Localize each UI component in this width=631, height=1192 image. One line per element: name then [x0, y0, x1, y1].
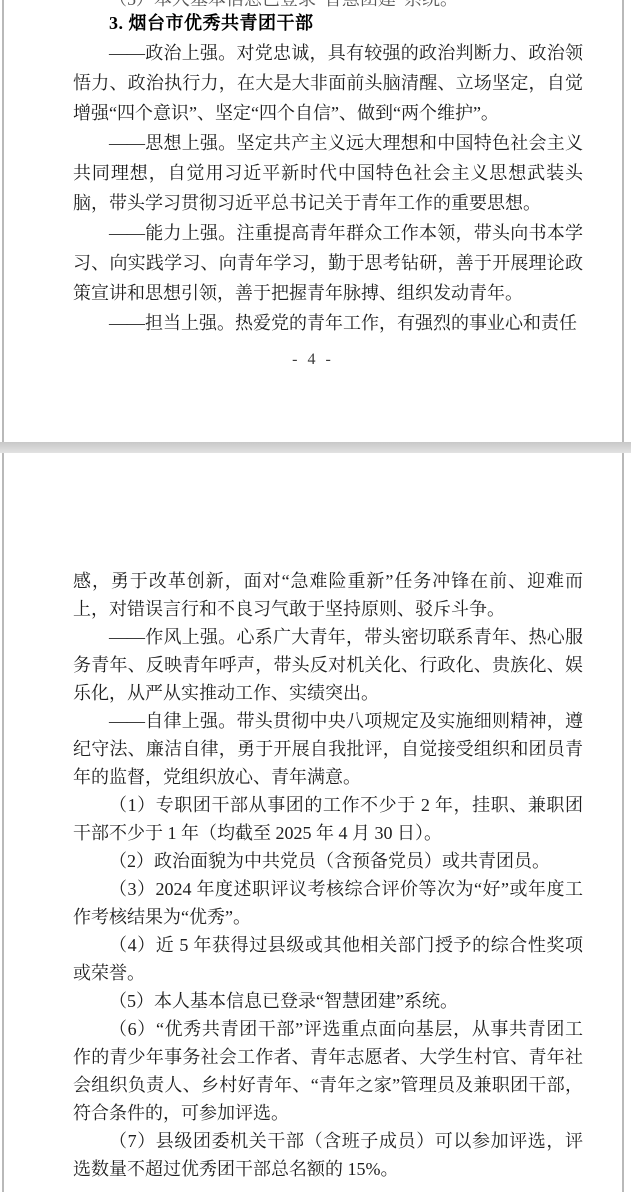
- paragraph: 感，勇于改革创新，面对“急难险重新”任务冲锋在前、迎难而上，对错误言行和不良习气…: [73, 567, 583, 623]
- paragraph: （6）“优秀共青团干部”评选重点面向基层，从事共青团工作的青少年事务社会工作者、…: [73, 1015, 583, 1127]
- paragraph: ——政治上强。对党忠诚，具有较强的政治判断力、政治领悟力、政治执行力，在大是大非…: [73, 38, 583, 128]
- page-right-border: [622, 0, 624, 1192]
- document-page-5: 感，勇于改革创新，面对“急难险重新”任务冲锋在前、迎难而上，对错误言行和不良习气…: [4, 453, 622, 1192]
- section-heading: 3. 烟台市优秀共青团干部: [73, 8, 583, 38]
- page-number: - 4 -: [4, 349, 622, 371]
- paragraph: （5）本人基本信息已登录“智慧团建”系统。: [73, 987, 583, 1015]
- paragraph: ——自律上强。带头贯彻中央八项规定及实施细则精神，遵纪守法、廉洁自律，勇于开展自…: [73, 707, 583, 791]
- paragraph: ——作风上强。心系广大青年，带头密切联系青年、热心服务青年、反映青年呼声，带头反…: [73, 623, 583, 707]
- paragraph: （1）专职团干部从事团的工作不少于 2 年，挂职、兼职团干部不少于 1 年（均截…: [73, 791, 583, 847]
- paragraph: （3）2024 年度述职评议考核综合评价等次为“好”或年度工作考核结果为“优秀”…: [73, 875, 583, 931]
- paragraph: （4）近 5 年获得过县级或其他相关部门授予的综合性奖项或荣誉。: [73, 931, 583, 987]
- paragraph: （2）政治面貌为中共党员（含预备党员）或共青团员。: [73, 847, 583, 875]
- paragraph: ——担当上强。热爱党的青年工作，有强烈的事业心和责任: [73, 308, 583, 338]
- page-gap-shadow: [0, 442, 631, 453]
- paragraph: ——能力上强。注重提高青年群众工作本领，带头向书本学习、向实践学习、向青年学习，…: [73, 218, 583, 308]
- page-5-body-text: 感，勇于改革创新，面对“急难险重新”任务冲锋在前、迎难而上，对错误言行和不良习气…: [73, 567, 583, 1183]
- document-viewer: （5）本人基本信息已登录“智慧团建”系统。 3. 烟台市优秀共青团干部 ——政治…: [0, 0, 631, 1192]
- document-page-4: （5）本人基本信息已登录“智慧团建”系统。 3. 烟台市优秀共青团干部 ——政治…: [4, 0, 622, 442]
- paragraph: ——思想上强。坚定共产主义远大理想和中国特色社会主义共同理想，自觉用习近平新时代…: [73, 128, 583, 218]
- paragraph: （7）县级团委机关干部（含班子成员）可以参加评选，评选数量不超过优秀团干部总名额…: [73, 1127, 583, 1183]
- page-4-body-text: ——政治上强。对党忠诚，具有较强的政治判断力、政治领悟力、政治执行力，在大是大非…: [73, 38, 583, 338]
